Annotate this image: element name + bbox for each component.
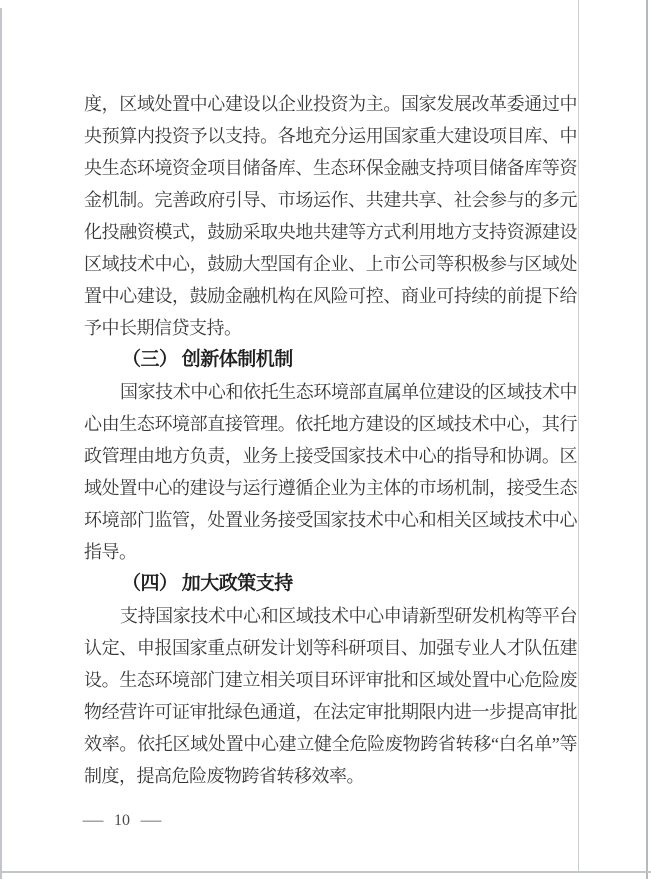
page-number: 10 <box>114 811 130 831</box>
scan-edge-right <box>646 0 648 879</box>
scan-page-right-edge <box>578 0 579 872</box>
section-heading-innovate-institutional-mechanisms: （三） 创新体制机制 <box>84 344 577 376</box>
footer-left-dash: — <box>83 811 104 831</box>
document-page: 度，区域处置中心建设以企业投资为主。国家发展改革委通过中央预算内投资予以支持。各… <box>0 0 651 879</box>
scanned-document-page: { "document": { "paragraph_1": "度，区域处置中心… <box>0 0 651 879</box>
paragraph-policy-support: 支持国家技术中心和区域技术中心申请新型研发机构等平台认定、申报国家重点研发计划等… <box>84 600 577 792</box>
section-heading-increase-policy-support: （四） 加大政策支持 <box>84 568 577 600</box>
scan-edge-bottom <box>0 871 651 873</box>
document-body: 度，区域处置中心建设以企业投资为主。国家发展改革委通过中央预算内投资予以支持。各… <box>84 88 577 792</box>
scan-edge-left <box>0 8 2 879</box>
paragraph-investment-funding-continuation: 度，区域处置中心建设以企业投资为主。国家发展改革委通过中央预算内投资予以支持。各… <box>84 88 577 344</box>
paragraph-institutional-management: 国家技术中心和依托生态环境部直属单位建设的区域技术中心由生态环境部直接管理。依托… <box>84 376 577 568</box>
page-footer: — 10 — <box>85 811 159 831</box>
footer-right-dash: — <box>141 811 162 831</box>
